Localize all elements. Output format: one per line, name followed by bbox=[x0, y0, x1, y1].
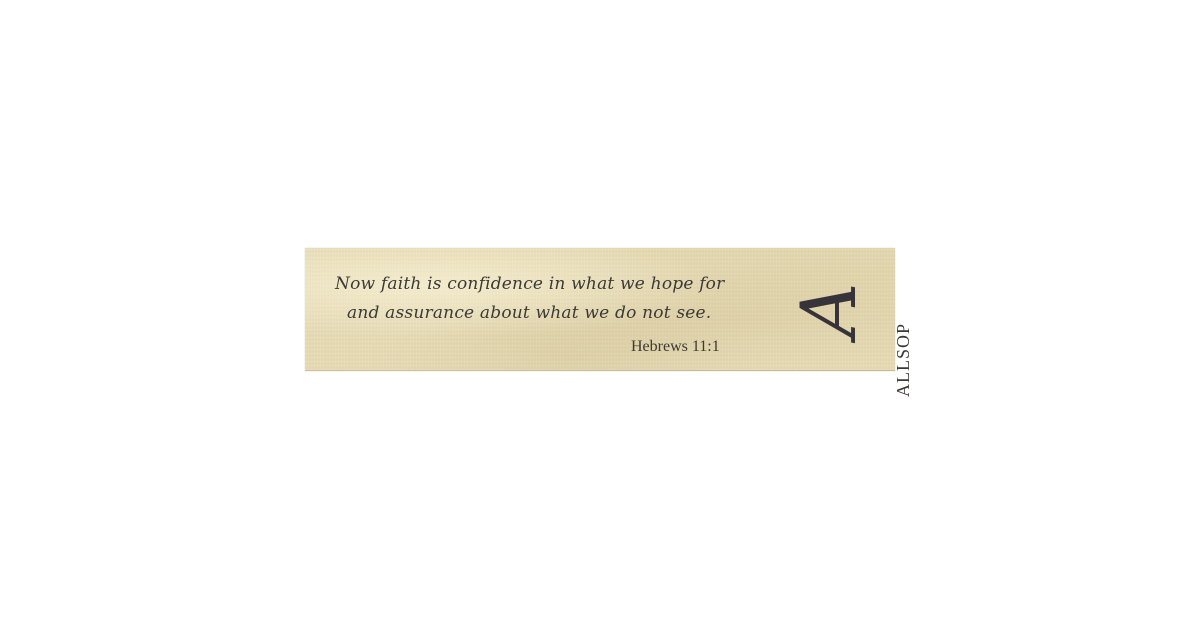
verse-line-1: Now faith is confidence in what we hope … bbox=[335, 270, 775, 299]
verse-reference: Hebrews 11:1 bbox=[631, 338, 720, 356]
verse-line-2: and assurance about what we do not see. bbox=[335, 299, 775, 328]
canvas: Now faith is confidence in what we hope … bbox=[0, 0, 1200, 630]
table-runner: Now faith is confidence in what we hope … bbox=[305, 248, 895, 371]
monogram: A ALLSOP bbox=[803, 262, 893, 362]
monogram-surname: ALLSOP bbox=[893, 297, 914, 397]
scripture-verse: Now faith is confidence in what we hope … bbox=[335, 270, 775, 328]
monogram-initial: A bbox=[789, 280, 869, 340]
